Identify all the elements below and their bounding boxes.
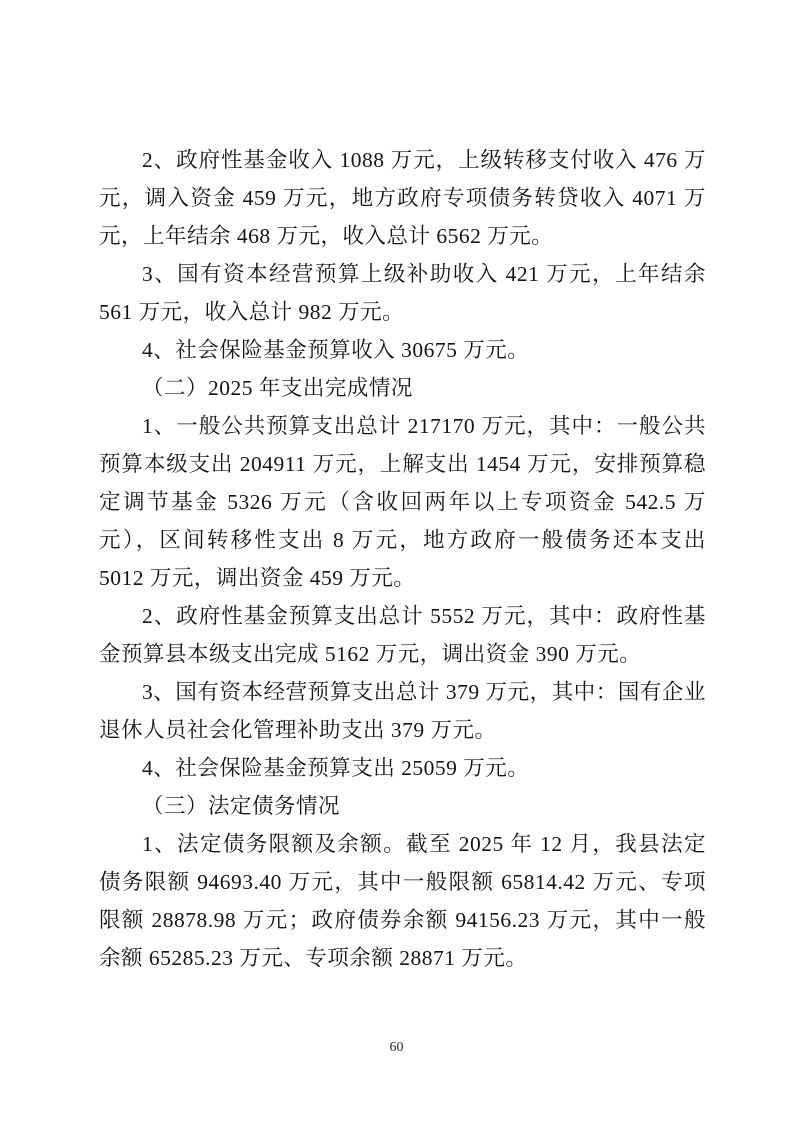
section-heading: （二）2025 年支出完成情况: [99, 369, 706, 407]
document-page: 2、政府性基金收入 1088 万元，上级转移支付收入 476 万元，调入资金 4…: [0, 0, 793, 1122]
paragraph: 4、社会保险基金预算收入 30675 万元。: [99, 331, 706, 369]
paragraph: 1、法定债务限额及余额。截至 2025 年 12 月，我县法定债务限额 9469…: [99, 825, 706, 977]
paragraph: 1、一般公共预算支出总计 217170 万元，其中：一般公共预算本级支出 204…: [99, 407, 706, 597]
paragraph: 2、政府性基金收入 1088 万元，上级转移支付收入 476 万元，调入资金 4…: [99, 141, 706, 255]
page-footer: 60: [0, 1038, 793, 1058]
page-number: 60: [390, 1038, 404, 1058]
document-body: 2、政府性基金收入 1088 万元，上级转移支付收入 476 万元，调入资金 4…: [99, 141, 706, 977]
section-heading: （三）法定债务情况: [99, 787, 706, 825]
paragraph: 4、社会保险基金预算支出 25059 万元。: [99, 749, 706, 787]
paragraph: 3、国有资本经营预算上级补助收入 421 万元，上年结余 561 万元，收入总计…: [99, 255, 706, 331]
paragraph: 2、政府性基金预算支出总计 5552 万元，其中：政府性基金预算县本级支出完成 …: [99, 597, 706, 673]
paragraph: 3、国有资本经营预算支出总计 379 万元，其中：国有企业退休人员社会化管理补助…: [99, 673, 706, 749]
